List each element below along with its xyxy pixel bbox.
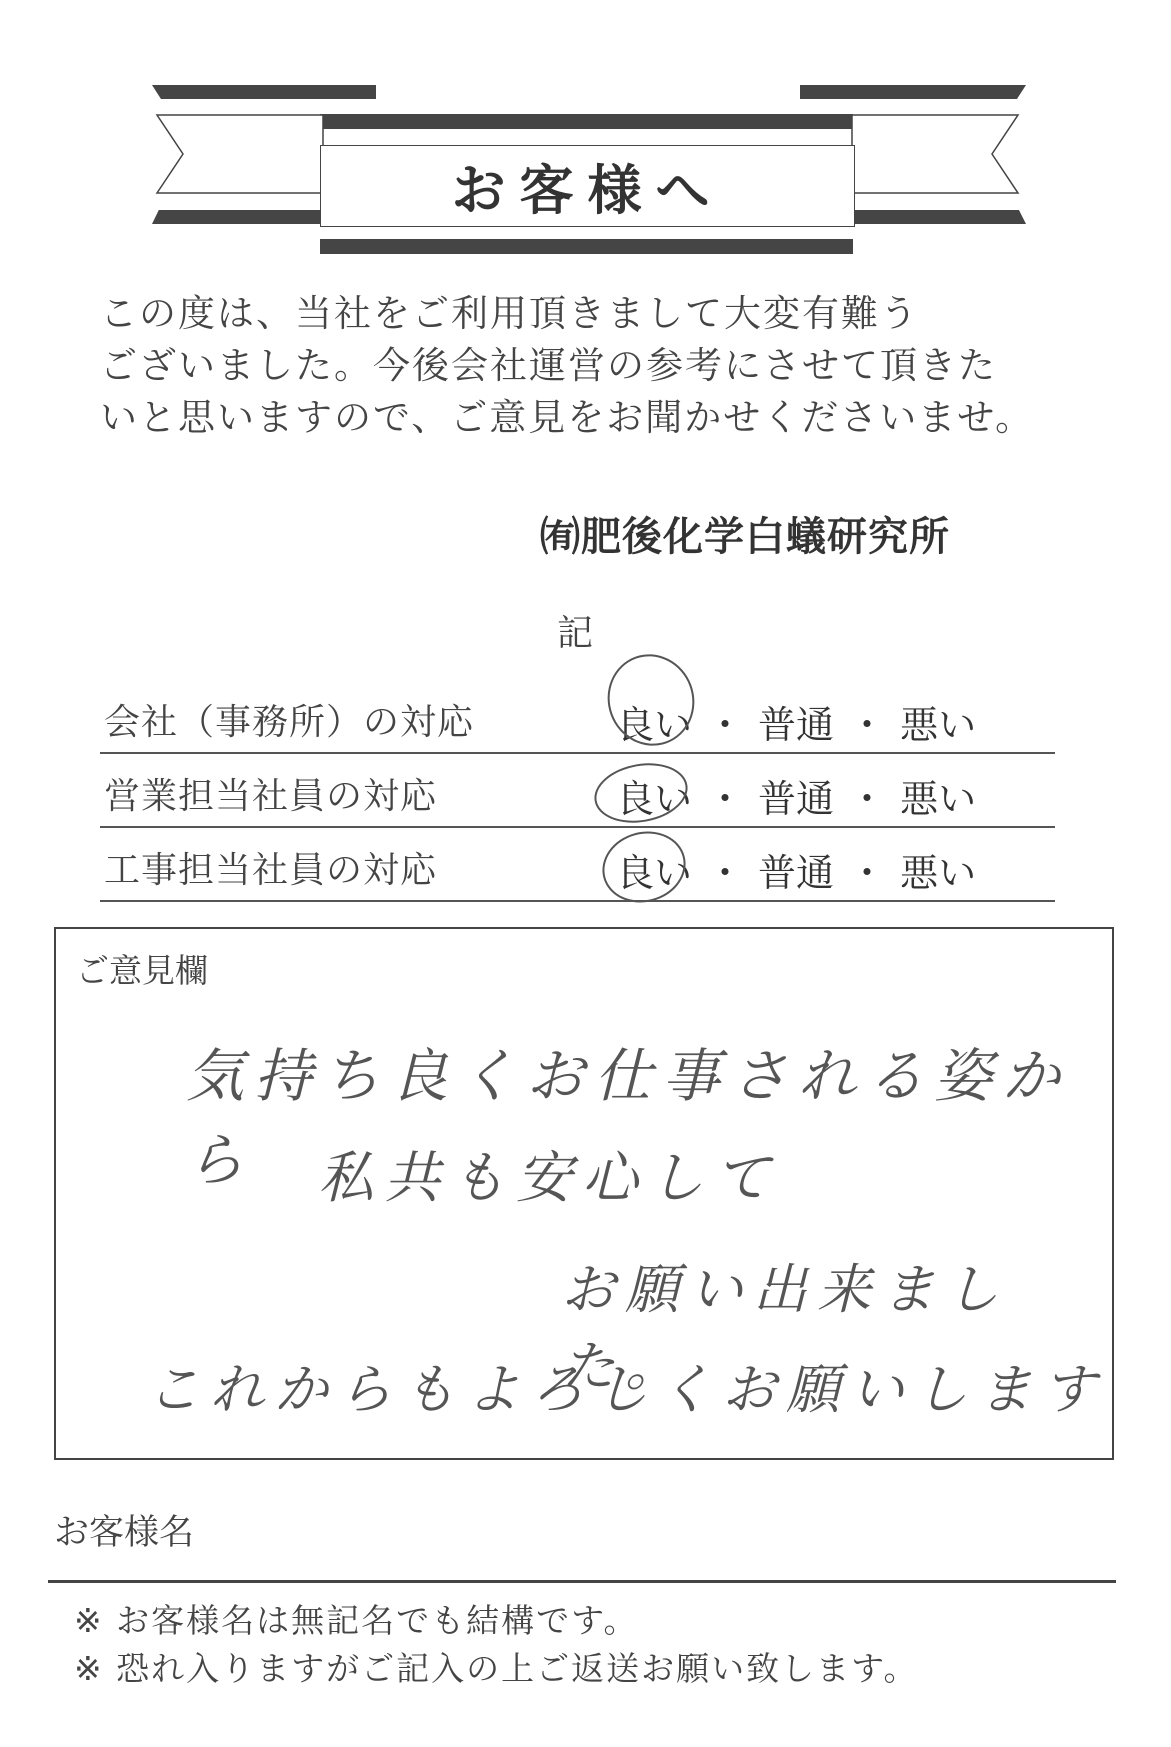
option-good[interactable]: 良い	[616, 842, 692, 897]
rating-options: 良い ・ 普通 ・ 悪い	[616, 842, 976, 897]
customer-name-label: お客様名	[54, 1505, 194, 1555]
opinion-box[interactable]: ご意見欄 気持ち良くお仕事される姿から 私共も安心して お願い出来ました。 これ…	[54, 927, 1114, 1460]
intro-line: ございました。今後会社運営の参考にさせて頂きた	[100, 340, 1070, 392]
option-good[interactable]: 良い	[616, 768, 692, 823]
option-bad[interactable]: 悪い	[900, 768, 976, 823]
separator: ・	[834, 768, 900, 823]
banner-bar-upper	[320, 114, 853, 129]
handwritten-line: これからもよろしくお願いします	[146, 1347, 1106, 1424]
option-normal[interactable]: 普通	[758, 694, 834, 749]
rating-label: 工事担当社員の対応	[104, 842, 437, 893]
ribbon-right-tail	[850, 113, 1020, 197]
option-good[interactable]: 良い	[616, 694, 692, 749]
option-bad[interactable]: 悪い	[900, 842, 976, 897]
rating-row-company: 会社（事務所）の対応 良い ・ 普通 ・ 悪い	[100, 680, 1055, 754]
separator: ・	[834, 694, 900, 749]
option-normal[interactable]: 普通	[758, 768, 834, 823]
rating-label: 会社（事務所）の対応	[104, 694, 474, 745]
banner-bar-bottom-left	[152, 210, 322, 224]
rating-row-construction: 工事担当社員の対応 良い ・ 普通 ・ 悪い	[100, 828, 1055, 902]
option-bad[interactable]: 悪い	[900, 694, 976, 749]
separator: ・	[834, 842, 900, 897]
company-name: ㈲肥後化学白蟻研究所	[540, 505, 950, 562]
rating-label: 営業担当社員の対応	[104, 768, 437, 819]
intro-paragraph: この度は、当社をご利用頂きまして大変有難う ございました。今後会社運営の参考にさ…	[100, 288, 1070, 444]
rating-row-sales: 営業担当社員の対応 良い ・ 普通 ・ 悪い	[100, 754, 1055, 828]
banner-bar-top-right	[800, 85, 1026, 99]
ki-heading: 記	[557, 605, 593, 656]
banner-bar-lower	[320, 239, 853, 254]
intro-line: いと思いますので、ご意見をお聞かせくださいませ。	[100, 392, 1070, 444]
customer-name-field[interactable]	[48, 1580, 1116, 1583]
separator: ・	[692, 842, 758, 897]
note-anonymous: ※ お客様名は無記名でも結構です。	[74, 1595, 639, 1642]
banner-bar-bottom-right	[850, 210, 1026, 224]
banner-bar-top-left	[152, 85, 376, 99]
rating-options: 良い ・ 普通 ・ 悪い	[616, 768, 976, 823]
title-box: お客様へ	[320, 145, 855, 227]
ribbon-left-tail	[155, 113, 325, 197]
option-normal[interactable]: 普通	[758, 842, 834, 897]
rating-options: 良い ・ 普通 ・ 悪い	[616, 694, 976, 749]
note-return: ※ 恐れ入りますがご記入の上ご返送お願い致します。	[74, 1643, 919, 1690]
handwritten-line: 私共も安心して	[318, 1134, 780, 1214]
separator: ・	[692, 768, 758, 823]
opinion-label: ご意見欄	[76, 945, 208, 992]
intro-line: この度は、当社をご利用頂きまして大変有難う	[100, 288, 1070, 340]
separator: ・	[692, 694, 758, 749]
page-title: お客様へ	[452, 148, 724, 225]
